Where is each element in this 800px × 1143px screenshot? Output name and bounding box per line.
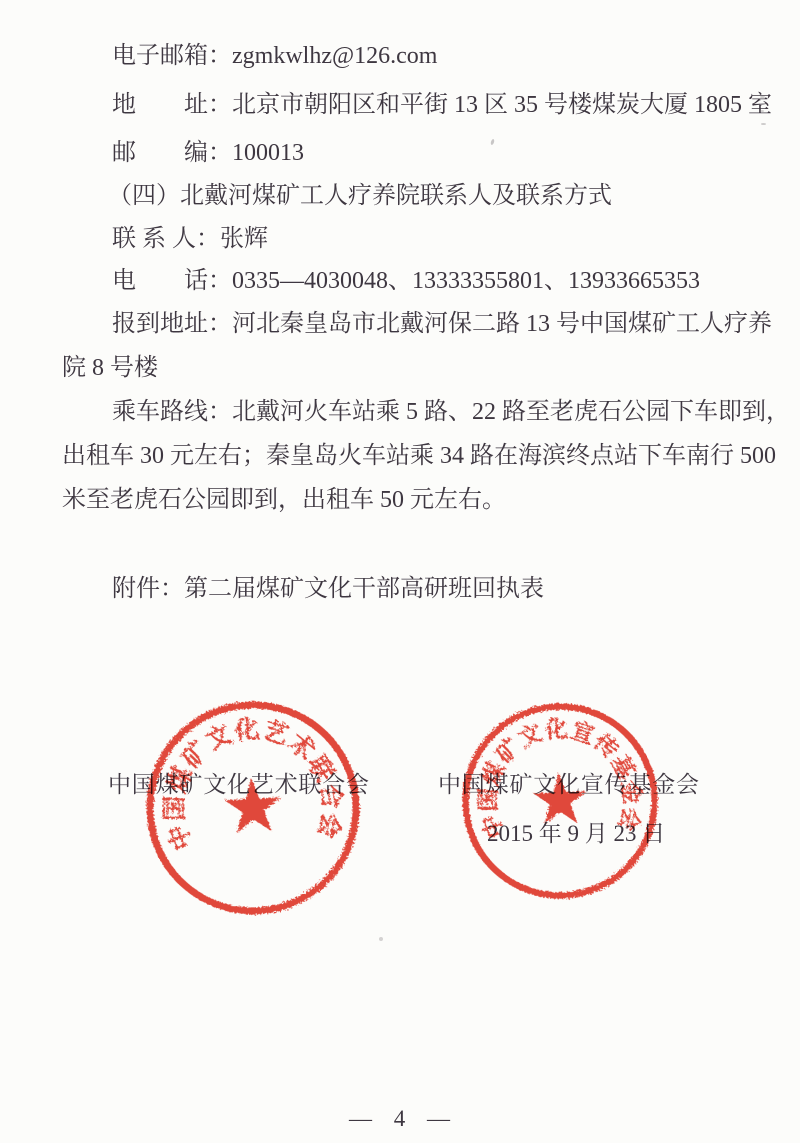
bus-route-line-3: 米至老虎石公园即到，出租车 50 元左右。 [62,487,506,513]
address-line: 地 址：北京市朝阳区和平街 13 区 35 号楼煤炭大厦 1805 室 [112,92,772,118]
scan-speck [760,110,764,112]
scanned-document-page: 电子邮箱：zgmkwlhz@126.com 地 址：北京市朝阳区和平街 13 区… [0,0,800,1143]
scan-speck [761,123,766,125]
scan-speck [379,937,383,941]
phone-line: 电 话：0335—4030048、13333355801、13933665353 [112,268,700,294]
contact-person-line: 联 系 人：张辉 [112,226,268,252]
bus-route-line-2: 出租车 30 元左右；秦皇岛火车站乘 34 路在海滨终点站下车南行 500 [62,443,776,469]
email-line: 电子邮箱：zgmkwlhz@126.com [112,43,437,69]
star-icon [223,777,283,834]
scan-speck [760,96,765,98]
postcode-line: 邮 编：100013 [112,140,304,166]
star-icon [532,772,587,825]
bus-route-line-1: 乘车路线：北戴河火车站乘 5 路、22 路至老虎石公园下车即到， [112,399,790,425]
section-heading: （四）北戴河煤矿工人疗养院联系人及联系方式 [108,183,612,209]
attachment-line: 附件：第二届煤矿文化干部高研班回执表 [112,576,544,602]
checkin-address-line-1: 报到地址：河北秦皇岛市北戴河保二路 13 号中国煤矿工人疗养 [112,311,772,337]
scan-speck [490,139,495,146]
checkin-address-line-2: 院 8 号楼 [62,355,158,381]
page-number: — 4 — [0,1106,800,1132]
official-seal-left: 中国煤矿文化艺术联合会 [135,690,371,926]
official-seal-right: 中国煤矿文化宣传基金会 [450,691,670,911]
